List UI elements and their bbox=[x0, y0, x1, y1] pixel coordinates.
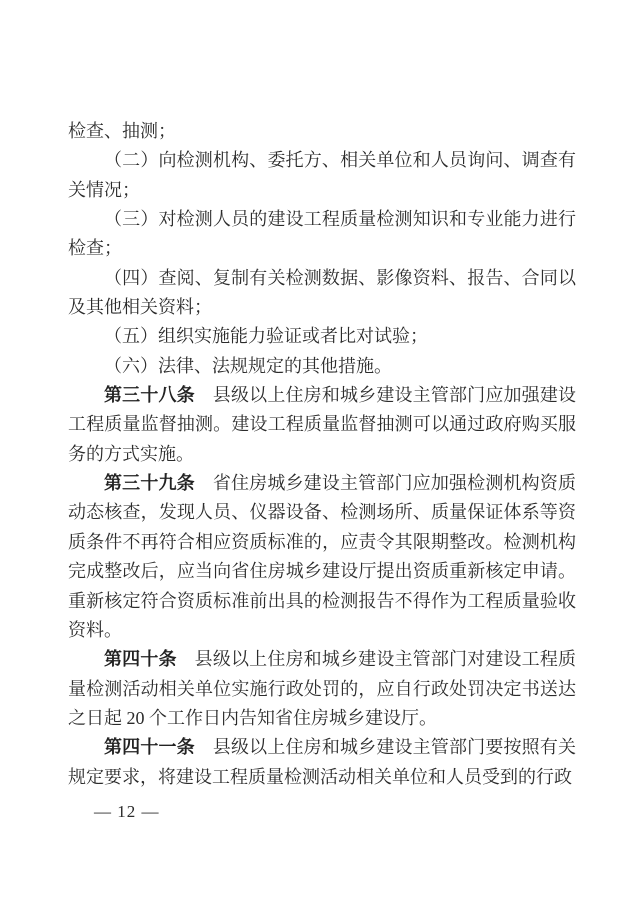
paragraph-continuation: 检查、抽测； bbox=[68, 117, 576, 146]
document-page: 检查、抽测； （二）向检测机构、委托方、相关单位和人员询问、调查有关情况； （三… bbox=[0, 0, 640, 905]
paragraph-text: 检查、抽测； bbox=[68, 121, 176, 141]
article-40-paragraph: 第四十条县级以上住房和城乡建设主管部门对建设工程质量检测活动相关单位实施行政处罚… bbox=[68, 645, 576, 733]
paragraph-text: （四）查阅、复制有关检测数据、影像资料、报告、合同以及其他相关资料； bbox=[68, 268, 576, 317]
paragraph-text: （六）法律、法规规定的其他措施。 bbox=[104, 356, 392, 376]
document-body: 检查、抽测； （二）向检测机构、委托方、相关单位和人员询问、调查有关情况； （三… bbox=[68, 117, 576, 792]
clause-item-6: （六）法律、法规规定的其他措施。 bbox=[68, 352, 576, 381]
page-footer: — 12 — bbox=[94, 802, 160, 822]
article-40-number: 第四十条 bbox=[104, 649, 177, 669]
page-number: — 12 — bbox=[94, 802, 160, 821]
article-41-number: 第四十一条 bbox=[104, 737, 195, 757]
clause-item-5: （五）组织实施能力验证或者比对试验； bbox=[68, 322, 576, 351]
paragraph-text: 省住房城乡建设主管部门应加强检测机构资质动态核查，发现人员、仪器设备、检测场所、… bbox=[68, 473, 576, 640]
article-39-paragraph: 第三十九条省住房城乡建设主管部门应加强检测机构资质动态核查，发现人员、仪器设备、… bbox=[68, 469, 576, 645]
paragraph-text: （三）对检测人员的建设工程质量检测知识和专业能力进行检查； bbox=[68, 209, 576, 258]
article-39-number: 第三十九条 bbox=[104, 473, 195, 493]
clause-item-2: （二）向检测机构、委托方、相关单位和人员询问、调查有关情况； bbox=[68, 146, 576, 205]
article-38-paragraph: 第三十八条县级以上住房和城乡建设主管部门应加强建设工程质量监督抽测。建设工程质量… bbox=[68, 381, 576, 469]
article-41-paragraph: 第四十一条县级以上住房和城乡建设主管部门要按照有关规定要求，将建设工程质量检测活… bbox=[68, 733, 576, 792]
article-38-number: 第三十八条 bbox=[104, 385, 195, 405]
clause-item-3: （三）对检测人员的建设工程质量检测知识和专业能力进行检查； bbox=[68, 205, 576, 264]
paragraph-text: （二）向检测机构、委托方、相关单位和人员询问、调查有关情况； bbox=[68, 150, 576, 199]
clause-item-4: （四）查阅、复制有关检测数据、影像资料、报告、合同以及其他相关资料； bbox=[68, 264, 576, 323]
paragraph-text: （五）组织实施能力验证或者比对试验； bbox=[104, 326, 428, 346]
